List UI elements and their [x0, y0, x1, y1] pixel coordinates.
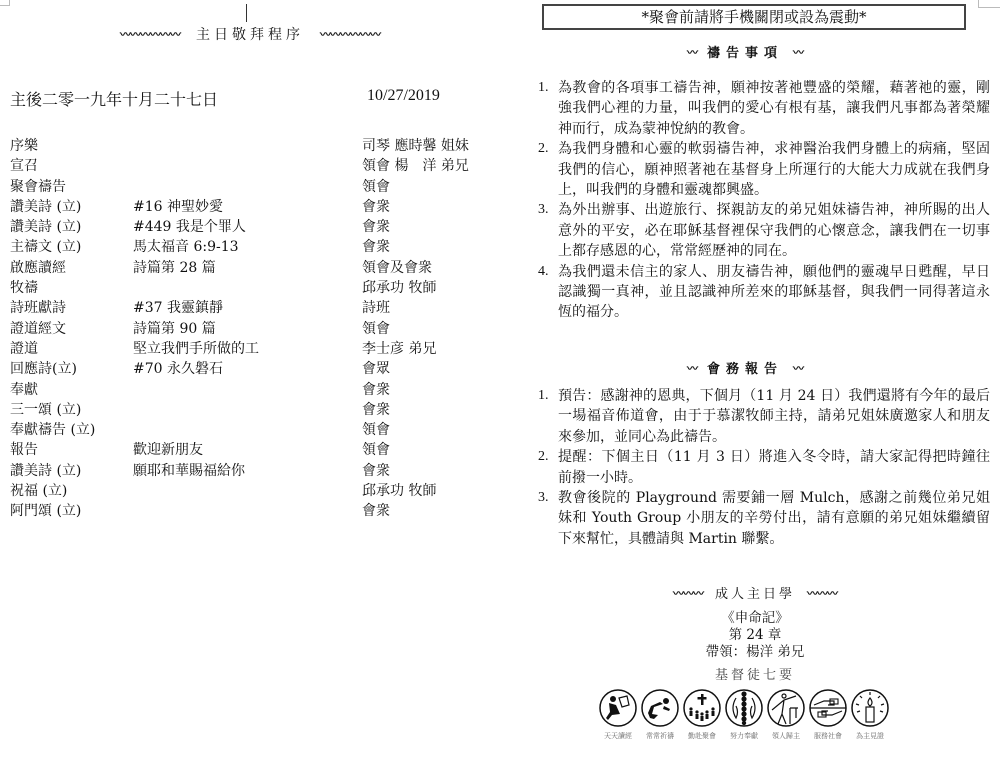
- program-row: 宣召領會 楊 洋 弟兄: [10, 156, 490, 176]
- program-item: 阿門頌 (立): [10, 501, 81, 521]
- program-leader: 領會: [362, 420, 390, 440]
- program-leader: 會衆: [362, 237, 390, 257]
- icon-label: 勤赴聚會: [688, 731, 716, 741]
- list-item: 1.預告：感謝神的恩典，下個月（11 月 24 日）我們還將有今年的最后一場福音…: [528, 386, 990, 447]
- program-leader: 領會: [362, 440, 390, 460]
- program-item: 宣召: [10, 156, 38, 176]
- program-row: 奉獻會衆: [10, 380, 490, 400]
- list-number: 2.: [538, 139, 549, 159]
- prayer-list: 1.為教會的各項事工禱告神，願神按著祂豐盛的榮耀，藉著祂的靈，剛強我們心裡的力量…: [528, 78, 990, 323]
- program-leader: 會眾: [362, 359, 390, 379]
- program-detail: #16 神聖妙愛: [133, 197, 223, 217]
- program-detail: #449 我是个罪人: [133, 217, 246, 237]
- program-leader: 會衆: [362, 461, 390, 481]
- program-leader: 會衆: [362, 380, 390, 400]
- program-row: 證道經文詩篇第 90 篇領會: [10, 319, 490, 339]
- text-cursor: [246, 4, 247, 22]
- seven-essentials-item: 努力奉獻: [723, 688, 765, 741]
- program-item: 回應詩(立): [10, 359, 77, 379]
- program-item: 主禱文 (立): [10, 237, 81, 257]
- icon-label: 天天讀經: [604, 731, 632, 741]
- program-leader: 邱承功 牧師: [362, 278, 436, 298]
- program-detail: #37 我靈鎮靜: [133, 298, 223, 318]
- program-item: 奉獻禱告 (立): [10, 420, 95, 440]
- sunday-school-book: 《申命記》: [510, 610, 1000, 627]
- program-row: 祝福 (立)邱承功 牧師: [10, 481, 490, 501]
- list-text: 預告：感謝神的恩典，下個月（11 月 24 日）我們還將有今年的最后一場福音佈道…: [558, 388, 990, 445]
- program-detail: 歡迎新朋友: [133, 440, 203, 460]
- seven-essentials-item: 常常祈禱: [639, 688, 681, 741]
- worship-order-header: 〰〰〰〰〰〰 主日敬拜程序 〰〰〰〰〰〰: [0, 24, 500, 44]
- program-item: 三一頌 (立): [10, 400, 81, 420]
- program-row: 報告歡迎新朋友領會: [10, 440, 490, 460]
- program-row: 阿門頌 (立)會衆: [10, 501, 490, 521]
- scroll-ornament-icon: 〰: [687, 360, 697, 376]
- program-list: 序樂司琴 應時馨 姐妹宣召領會 楊 洋 弟兄聚會禱告領會讚美詩 (立)#16 神…: [10, 136, 490, 522]
- program-row: 聚會禱告領會: [10, 177, 490, 197]
- program-item: 讚美詩 (立): [10, 197, 81, 217]
- service-icon: [808, 688, 848, 728]
- list-item: 2.提醒：下個主日（11 月 3 日）將進入冬令時，請大家記得把時鐘往前撥一小時…: [528, 447, 990, 488]
- phone-notice-banner: *聚會前請將手機關閉或設為震動*: [542, 4, 966, 30]
- program-detail: 馬太福音 6:9-13: [133, 237, 239, 257]
- page-title: 主日敬拜程序: [196, 24, 304, 44]
- praying-icon: [640, 688, 680, 728]
- list-item: 2.為我們身體和心靈的軟弱禱告神，求神醫治我們身體上的病痛，堅固我們的信心，願神…: [528, 139, 990, 200]
- program-row: 讚美詩 (立)願耶和華賜福給你會衆: [10, 461, 490, 481]
- program-detail: 願耶和華賜福給你: [133, 461, 245, 481]
- program-row: 奉獻禱告 (立)領會: [10, 420, 490, 440]
- seven-essentials-item: 天天讀經: [597, 688, 639, 741]
- program-row: 詩班獻詩#37 我靈鎮靜詩班: [10, 298, 490, 318]
- sunday-school-leader: 帶領：楊洋 弟兄: [510, 644, 1000, 661]
- icon-label: 領人歸主: [772, 731, 800, 741]
- scroll-ornament-icon: 〰: [793, 360, 803, 376]
- offering-icon: [724, 688, 764, 728]
- date-numeric: 10/27/2019: [367, 87, 440, 105]
- program-item: 讚美詩 (立): [10, 461, 81, 481]
- list-text: 為我們還未信主的家人、朋友禱告神，願他們的靈魂早日甦醒，早日認識獨一真神，並且認…: [558, 264, 990, 321]
- worship-order-page: 〰〰〰〰〰〰 主日敬拜程序 〰〰〰〰〰〰 主後二零一九年十月二十七日 10/27…: [0, 0, 500, 768]
- program-row: 讚美詩 (立)#449 我是个罪人會衆: [10, 217, 490, 237]
- scroll-ornament-icon: 〰〰〰〰〰〰: [320, 26, 380, 42]
- sunday-school-chapter: 第 24 章: [510, 627, 1000, 644]
- worship-icon: [682, 688, 722, 728]
- program-row: 牧禱邱承功 牧師: [10, 278, 490, 298]
- program-leader: 司琴 應時馨 姐妹: [362, 136, 469, 156]
- section-title: 禱告事項: [707, 42, 783, 61]
- program-item: 聚會禱告: [10, 177, 66, 197]
- program-item: 祝福 (立): [10, 481, 67, 501]
- prayer-section-header: 〰 禱告事項 〰: [510, 42, 980, 61]
- list-text: 為教會的各項事工禱告神，願神按著祂豐盛的榮耀，藉著祂的靈，剛強我們心裡的力量，叫…: [558, 80, 990, 137]
- scroll-ornament-icon: 〰: [687, 44, 697, 60]
- program-leader: 領會 楊 洋 弟兄: [362, 156, 469, 176]
- program-item: 啟應讀經: [10, 258, 66, 278]
- list-item: 4.為我們還未信主的家人、朋友禱告神，願他們的靈魂早日甦醒，早日認識獨一真神，並…: [528, 262, 990, 323]
- list-text: 為我們身體和心靈的軟弱禱告神，求神醫治我們身體上的病痛，堅固我們的信心，願神照著…: [558, 141, 990, 198]
- program-detail: #70 永久磐石: [133, 359, 223, 379]
- program-detail: 堅立我們手所做的工: [133, 339, 259, 359]
- list-item: 3.教會後院的 Playground 需要鋪一層 Mulch，感謝之前幾位弟兄姐…: [528, 488, 990, 549]
- program-row: 證道堅立我們手所做的工李士彦 弟兄: [10, 339, 490, 359]
- icon-label: 努力奉獻: [730, 731, 758, 741]
- section-title: 成人主日學: [715, 583, 795, 602]
- program-detail: 詩篇第 28 篇: [133, 258, 216, 278]
- program-row: 回應詩(立)#70 永久磐石會眾: [10, 359, 490, 379]
- announcements-page: *聚會前請將手機關閉或設為震動* 〰 禱告事項 〰 1.為教會的各項事工禱告神，…: [510, 0, 1000, 768]
- program-leader: 會衆: [362, 400, 390, 420]
- section-title: 會務報告: [707, 358, 783, 377]
- icon-label: 常常祈禱: [646, 731, 674, 741]
- list-text: 教會後院的 Playground 需要鋪一層 Mulch，感謝之前幾位弟兄姐妹和…: [558, 490, 990, 547]
- list-number: 3.: [538, 200, 549, 220]
- list-number: 1.: [538, 78, 549, 98]
- sunday-school-header: 〰〰〰 成人主日學 〰〰〰: [510, 583, 1000, 602]
- program-leader: 詩班: [362, 298, 390, 318]
- icon-label: 為主見證: [856, 731, 884, 741]
- scroll-ornament-icon: 〰〰〰: [673, 585, 703, 601]
- program-leader: 領會及會衆: [362, 258, 432, 278]
- list-number: 1.: [538, 386, 549, 406]
- list-item: 3.為外出辦事、出遊旅行、探親訪友的弟兄姐妹禱告神，神所賜的出人意外的平安，必在…: [528, 200, 990, 261]
- seven-essentials-title: 基督徒七要: [510, 664, 1000, 683]
- list-number: 2.: [538, 447, 549, 467]
- program-leader: 邱承功 牧師: [362, 481, 436, 501]
- seven-essentials-item: 為主見證: [849, 688, 891, 741]
- program-item: 證道經文: [10, 319, 66, 339]
- scroll-ornament-icon: 〰〰〰〰〰〰: [120, 26, 180, 42]
- program-row: 讚美詩 (立)#16 神聖妙愛會衆: [10, 197, 490, 217]
- program-leader: 領會: [362, 177, 390, 197]
- date-chinese: 主後二零一九年十月二十七日: [10, 87, 218, 110]
- program-item: 報告: [10, 440, 38, 460]
- program-leader: 會衆: [362, 217, 390, 237]
- scroll-ornament-icon: 〰: [793, 44, 803, 60]
- announcement-list: 1.預告：感謝神的恩典，下個月（11 月 24 日）我們還將有今年的最后一場福音…: [528, 386, 990, 549]
- evangelism-icon: [766, 688, 806, 728]
- program-item: 奉獻: [10, 380, 38, 400]
- announcement-section-header: 〰 會務報告 〰: [510, 358, 980, 377]
- program-leader: 李士彦 弟兄: [362, 339, 436, 359]
- program-item: 序樂: [10, 136, 38, 156]
- program-row: 啟應讀經詩篇第 28 篇領會及會衆: [10, 258, 490, 278]
- list-item: 1.為教會的各項事工禱告神，願神按著祂豐盛的榮耀，藉著祂的靈，剛強我們心裡的力量…: [528, 78, 990, 139]
- program-leader: 會衆: [362, 197, 390, 217]
- program-leader: 領會: [362, 319, 390, 339]
- scroll-ornament-icon: 〰〰〰: [807, 585, 837, 601]
- seven-essentials-item: 服務社會: [807, 688, 849, 741]
- seven-essentials-icons: 天天讀經常常祈禱勤赴聚會努力奉獻領人歸主服務社會為主見證: [597, 688, 891, 741]
- program-item: 讚美詩 (立): [10, 217, 81, 237]
- list-number: 4.: [538, 262, 549, 282]
- witness-icon: [850, 688, 890, 728]
- program-leader: 會衆: [362, 501, 390, 521]
- reading-icon: [598, 688, 638, 728]
- program-item: 詩班獻詩: [10, 298, 66, 318]
- seven-essentials-item: 勤赴聚會: [681, 688, 723, 741]
- list-number: 3.: [538, 488, 549, 508]
- program-row: 主禱文 (立)馬太福音 6:9-13會衆: [10, 237, 490, 257]
- program-item: 證道: [10, 339, 38, 359]
- sunday-school-section: 〰〰〰 成人主日學 〰〰〰 《申命記》 第 24 章 帶領：楊洋 弟兄 基督徒七…: [510, 583, 1000, 683]
- program-row: 序樂司琴 應時馨 姐妹: [10, 136, 490, 156]
- icon-label: 服務社會: [814, 731, 842, 741]
- program-item: 牧禱: [10, 278, 38, 298]
- seven-essentials-item: 領人歸主: [765, 688, 807, 741]
- program-row: 三一頌 (立)會衆: [10, 400, 490, 420]
- program-detail: 詩篇第 90 篇: [133, 319, 216, 339]
- list-text: 提醒：下個主日（11 月 3 日）將進入冬令時，請大家記得把時鐘往前撥一小時。: [558, 449, 990, 485]
- list-text: 為外出辦事、出遊旅行、探親訪友的弟兄姐妹禱告神，神所賜的出人意外的平安，必在耶穌…: [558, 202, 990, 259]
